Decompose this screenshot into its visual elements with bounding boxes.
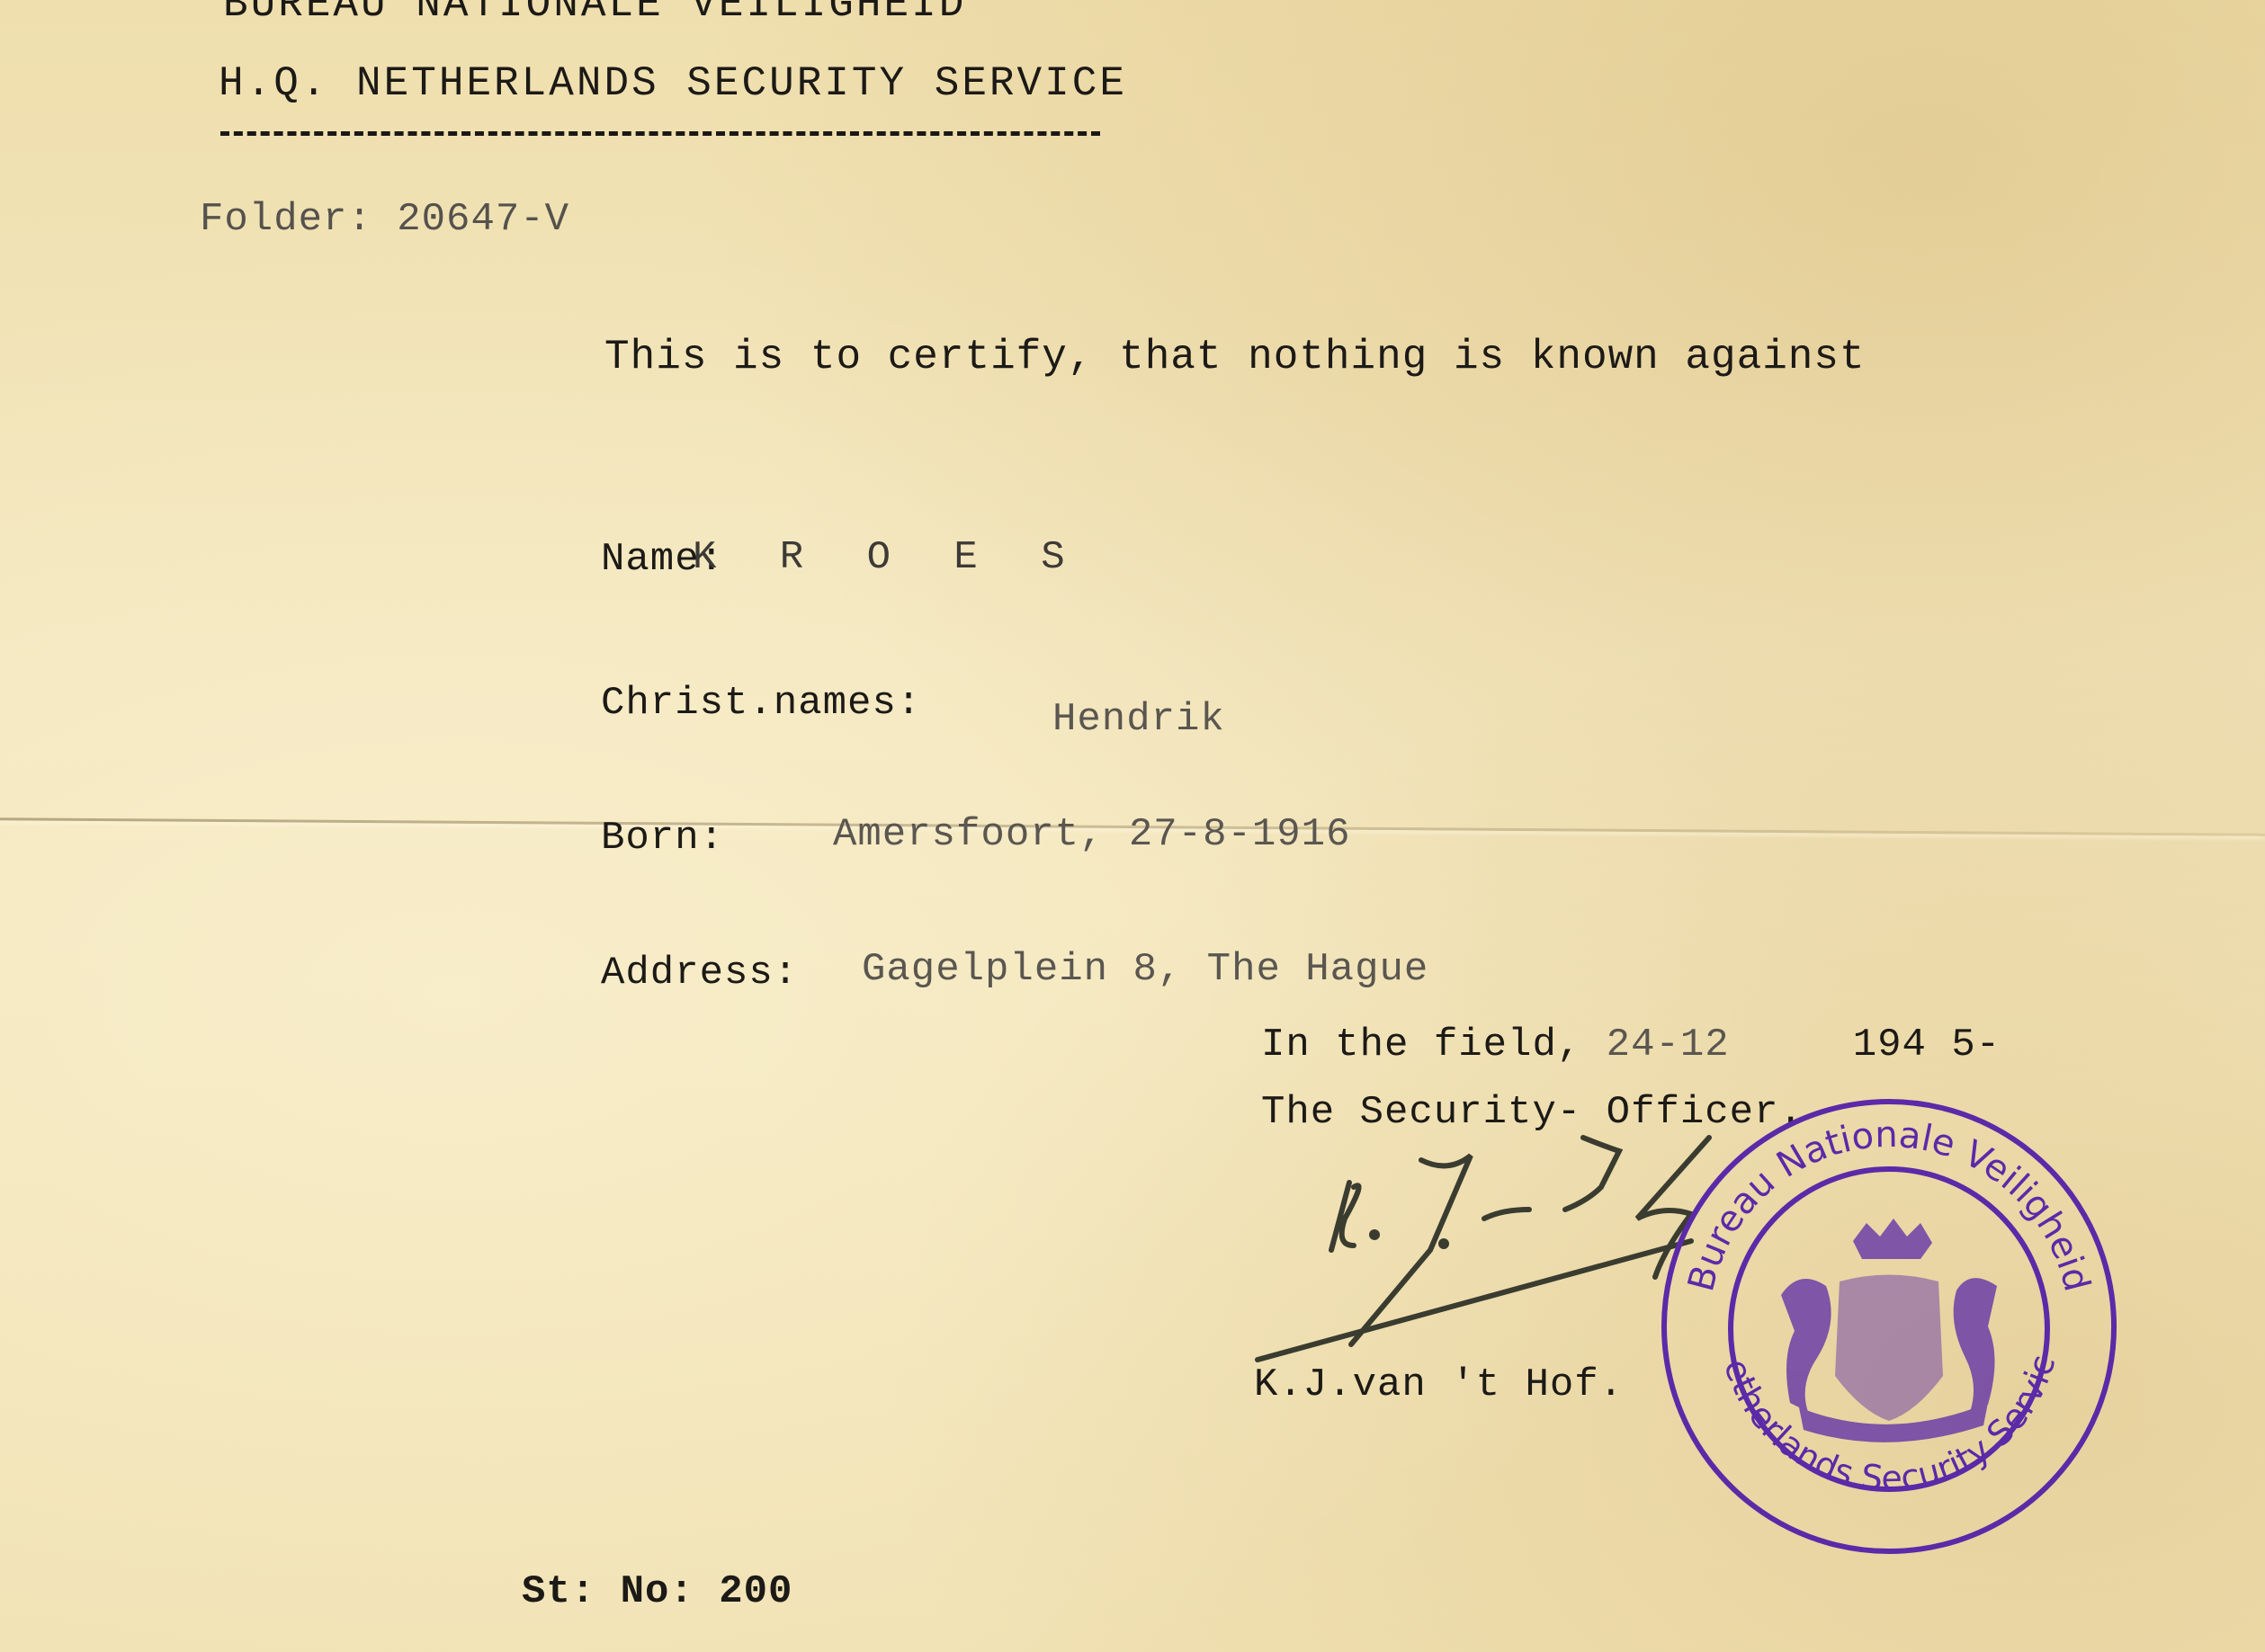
date-day-month: 24-12 <box>1607 1022 1730 1067</box>
letterhead-line-1: BUREAU NATIONALE VEILIGHEID <box>223 0 966 25</box>
date-year: 194 5- <box>1853 1022 2001 1067</box>
signatory-name: K.J.van 't Hof. <box>1254 1365 1624 1405</box>
address-label: Address: <box>601 953 798 993</box>
name-value: K R O E S <box>693 538 1085 577</box>
serial-number: St: No: 200 <box>522 1572 792 1612</box>
folder-reference: Folder: 20647-V <box>200 200 569 239</box>
letterhead-line-2: H.Q. NETHERLANDS SECURITY SERVICE <box>219 63 1127 104</box>
born-label: Born: <box>601 818 724 858</box>
official-stamp-icon: Bureau Nationale Veiligheid Netherlands … <box>1646 1088 2132 1565</box>
place-and-date: In the field, 24-12 194 5- <box>1261 1025 2001 1065</box>
folder-label: Folder: <box>200 197 372 242</box>
certification-statement: This is to certify, that nothing is know… <box>604 336 1866 378</box>
folder-number: 20647-V <box>397 197 569 242</box>
christian-names-value: Hendrik <box>1052 700 1225 739</box>
christian-names-label: Christ.names: <box>601 683 921 723</box>
place-prefix: In the field, <box>1261 1022 1581 1067</box>
document-page: BUREAU NATIONALE VEILIGHEID H.Q. NETHERL… <box>0 0 2265 1652</box>
letterhead-divider <box>220 131 1100 136</box>
born-value: Amersfoort, 27-8-1916 <box>833 815 1351 854</box>
address-value: Gagelplein 8, The Hague <box>862 950 1428 989</box>
